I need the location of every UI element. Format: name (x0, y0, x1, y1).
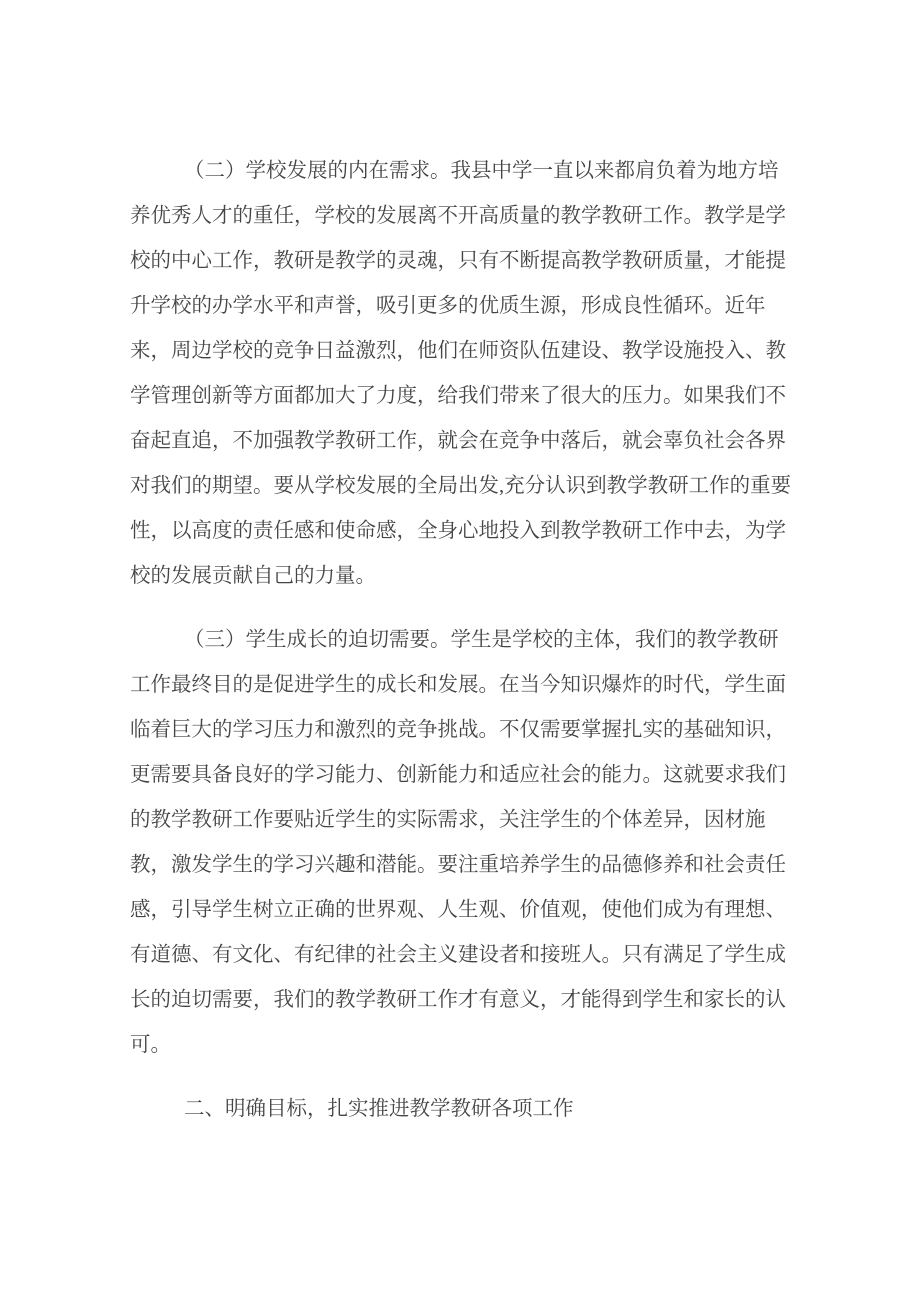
text-line: 校的发展贡献自己的力量。 (130, 554, 790, 599)
text-line: 长的迫切需要，我们的教学教研工作才有意义，才能得到学生和家长的认 (130, 978, 790, 1023)
document-page: （二）学校发展的内在需求。我县中学一直以来都肩负着为地方培养优秀人才的重任，学校… (0, 0, 920, 1301)
text-line: （二）学校发展的内在需求。我县中学一直以来都肩负着为地方培 (130, 149, 790, 194)
text-line: 更需要具备良好的学习能力、创新能力和适应社会的能力。这就要求我们 (130, 753, 790, 798)
text-line: 奋起直追，不加强教学教研工作，就会在竞争中落后，就会辜负社会各界 (130, 419, 790, 464)
paragraph-student-growth-needs: （三）学生成长的迫切需要。学生是学校的主体，我们的教学教研工作最终目的是促进学生… (130, 618, 790, 1068)
text-line: （三）学生成长的迫切需要。学生是学校的主体，我们的教学教研 (130, 618, 790, 663)
paragraph-school-development-needs: （二）学校发展的内在需求。我县中学一直以来都肩负着为地方培养优秀人才的重任，学校… (130, 149, 790, 599)
text-line: 的教学教研工作要贴近学生的实际需求，关注学生的个体差异，因材施 (130, 798, 790, 843)
text-line: 有道德、有文化、有纪律的社会主义建设者和接班人。只有满足了学生成 (130, 933, 790, 978)
section-heading: 二、明确目标，扎实推进教学教研各项工作 (130, 1087, 790, 1132)
text-line: 来，周边学校的竞争日益激烈，他们在师资队伍建设、教学设施投入、教 (130, 329, 790, 374)
text-line: 升学校的办学水平和声誉，吸引更多的优质生源，形成良性循环。近年 (130, 284, 790, 329)
text-line: 教，激发学生的学习兴趣和潜能。要注重培养学生的品德修养和社会责任 (130, 843, 790, 888)
text-line: 临着巨大的学习压力和激烈的竞争挑战。不仅需要掌握扎实的基础知识， (130, 708, 790, 753)
text-line: 对我们的期望。要从学校发展的全局出发,充分认识到教学教研工作的重要 (130, 464, 790, 509)
text-line: 感，引导学生树立正确的世界观、人生观、价值观，使他们成为有理想、 (130, 888, 790, 933)
text-line: 学管理创新等方面都加大了力度，给我们带来了很大的压力。如果我们不 (130, 374, 790, 419)
text-line: 校的中心工作，教研是教学的灵魂，只有不断提高教学教研质量，才能提 (130, 239, 790, 284)
text-line: 可。 (130, 1023, 790, 1068)
text-line: 养优秀人才的重任，学校的发展离不开高质量的教学教研工作。教学是学 (130, 194, 790, 239)
text-line: 工作最终目的是促进学生的成长和发展。在当今知识爆炸的时代，学生面 (130, 663, 790, 708)
text-line: 性，以高度的责任感和使命感，全身心地投入到教学教研工作中去，为学 (130, 509, 790, 554)
